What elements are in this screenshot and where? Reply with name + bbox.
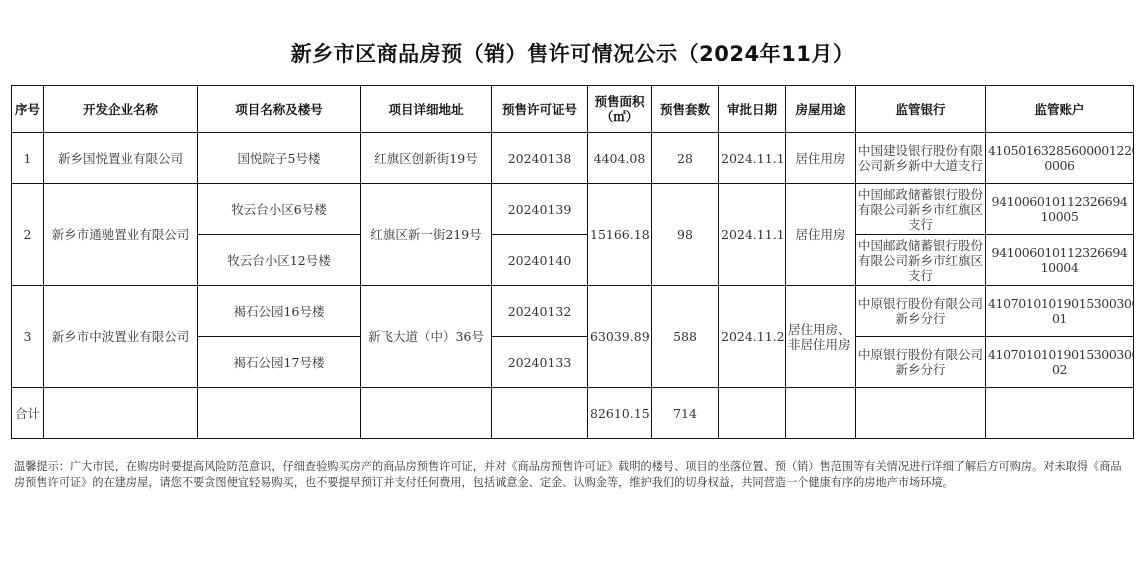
presale-permit-table: 序号 开发企业名称 项目名称及楼号 项目详细地址 预售许可证号 预售面积（㎡） … — [11, 85, 1134, 439]
empty-cell — [986, 388, 1134, 439]
address-cell: 红旗区创新街19号 — [361, 133, 492, 184]
units-cell: 98 — [652, 184, 719, 286]
header-account: 监管账户 — [986, 86, 1134, 133]
notice-text: 温馨提示：广大市民，在购房时要提高风险防范意识，仔细查验购买房产的商品房预售许可… — [14, 459, 1129, 490]
permit-cell: 20240132 — [492, 286, 588, 337]
header-project: 项目名称及楼号 — [198, 86, 361, 133]
seq-cell: 1 — [12, 133, 44, 184]
header-usage: 房屋用途 — [786, 86, 856, 133]
permit-cell: 20240133 — [492, 337, 588, 388]
page-title: 新乡市区商品房预（销）售许可情况公示（2024年11月） — [0, 38, 1145, 68]
header-seq: 序号 — [12, 86, 44, 133]
seq-cell: 3 — [12, 286, 44, 388]
project-cell: 牧云台小区12号楼 — [198, 235, 361, 286]
account-cell: 41070101019015300300​01 — [986, 286, 1134, 337]
permit-cell: 20240140 — [492, 235, 588, 286]
header-developer: 开发企业名称 — [44, 86, 198, 133]
empty-cell — [492, 388, 588, 439]
header-address: 项目详细地址 — [361, 86, 492, 133]
total-label: 合计 — [12, 388, 44, 439]
usage-cell: 居住用房 — [786, 133, 856, 184]
developer-cell: 新乡市中波置业有限公司 — [44, 286, 198, 388]
table-row: 1 新乡国悦置业有限公司 国悦院子5号楼 红旗区创新街19号 20240138 … — [12, 133, 1134, 184]
address-cell: 新飞大道（中）36号 — [361, 286, 492, 388]
permit-cell: 20240139 — [492, 184, 588, 235]
table-header-row: 序号 开发企业名称 项目名称及楼号 项目详细地址 预售许可证号 预售面积（㎡） … — [12, 86, 1134, 133]
seq-cell: 2 — [12, 184, 44, 286]
address-cell: 红旗区新一街219号 — [361, 184, 492, 286]
empty-cell — [44, 388, 198, 439]
area-cell: 15166.18 — [588, 184, 652, 286]
project-cell: 牧云台小区6号楼 — [198, 184, 361, 235]
usage-cell: 居住用房、非居住用房 — [786, 286, 856, 388]
total-area: 82610.15 — [588, 388, 652, 439]
project-cell: 褐石公园17号楼 — [198, 337, 361, 388]
area-cell: 4404.08 — [588, 133, 652, 184]
usage-cell: 居住用房 — [786, 184, 856, 286]
empty-cell — [361, 388, 492, 439]
developer-cell: 新乡市通驰置业有限公司 — [44, 184, 198, 286]
account-cell: 941006010112326694​10004 — [986, 235, 1134, 286]
empty-cell — [786, 388, 856, 439]
date-cell: 2024.11.12 — [719, 133, 786, 184]
units-cell: 588 — [652, 286, 719, 388]
developer-cell: 新乡国悦置业有限公司 — [44, 133, 198, 184]
bank-cell: 中国建设银行股份有限公司新乡新中大道支行 — [856, 133, 986, 184]
header-bank: 监管银行 — [856, 86, 986, 133]
units-cell: 28 — [652, 133, 719, 184]
project-cell: 褐石公园16号楼 — [198, 286, 361, 337]
permit-cell: 20240138 — [492, 133, 588, 184]
bank-cell: 中国邮政储蓄银行股份有限公司新乡市红旗区支行 — [856, 235, 986, 286]
total-row: 合计 82610.15 714 — [12, 388, 1134, 439]
date-cell: 2024.11.20 — [719, 286, 786, 388]
bank-cell: 中原银行股份有限公司新乡分行 — [856, 337, 986, 388]
table-row: 3 新乡市中波置业有限公司 褐石公园16号楼 新飞大道（中）36号 202401… — [12, 286, 1134, 337]
total-units: 714 — [652, 388, 719, 439]
table-row: 2 新乡市通驰置业有限公司 牧云台小区6号楼 红旗区新一街219号 202401… — [12, 184, 1134, 235]
header-area: 预售面积（㎡） — [588, 86, 652, 133]
account-cell: 41050163285600001220-0006 — [986, 133, 1134, 184]
bank-cell: 中原银行股份有限公司新乡分行 — [856, 286, 986, 337]
empty-cell — [719, 388, 786, 439]
empty-cell — [856, 388, 986, 439]
project-cell: 国悦院子5号楼 — [198, 133, 361, 184]
header-units: 预售套数 — [652, 86, 719, 133]
date-cell: 2024.11.15 — [719, 184, 786, 286]
area-cell: 63039.89 — [588, 286, 652, 388]
header-date: 审批日期 — [719, 86, 786, 133]
account-cell: 41070101019015300300​02 — [986, 337, 1134, 388]
empty-cell — [198, 388, 361, 439]
header-permit: 预售许可证号 — [492, 86, 588, 133]
bank-cell: 中国邮政储蓄银行股份有限公司新乡市红旗区支行 — [856, 184, 986, 235]
account-cell: 941006010112326694​10005 — [986, 184, 1134, 235]
